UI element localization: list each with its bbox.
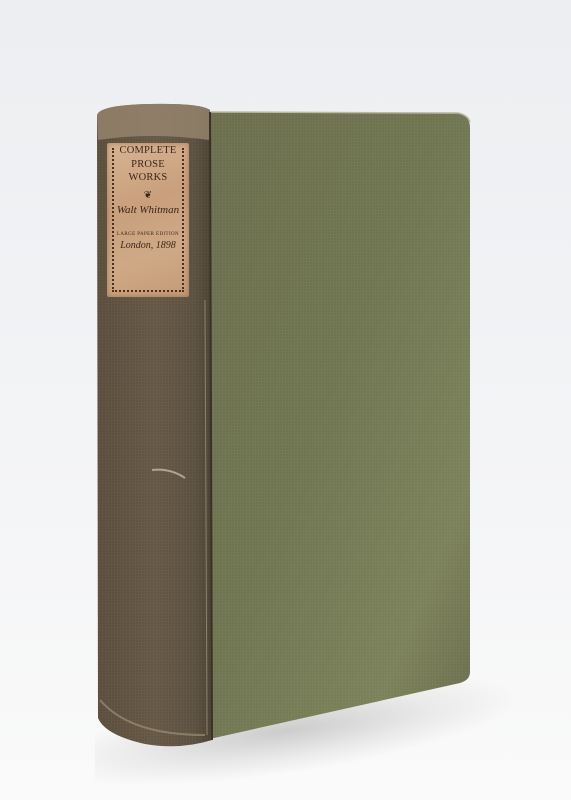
spine-label: COMPLETE PROSE WORKS ❦ Walt Whitman LARG… <box>107 143 189 297</box>
label-dotted-border <box>112 148 184 292</box>
book-illustration <box>0 0 571 800</box>
